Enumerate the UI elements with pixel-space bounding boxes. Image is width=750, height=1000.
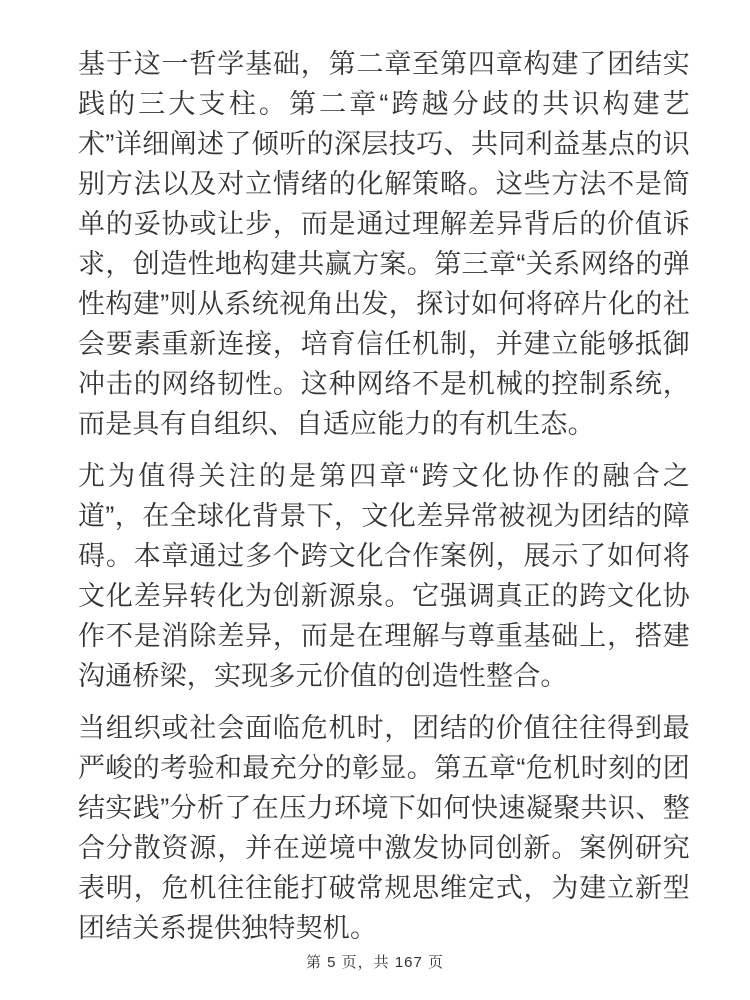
paragraph-chapter-5-crisis: 当组织或社会面临危机时，团结的价值往往得到最严峻的考验和最充分的彰显。第五章“危… bbox=[78, 708, 690, 948]
paragraph-chapter-4-cross-culture: 尤为值得关注的是第四章“跨文化协作的融合之道”，在全球化背景下，文化差异常被视为… bbox=[78, 456, 690, 696]
document-viewer-body: { "document": { "colors": { "background"… bbox=[0, 0, 750, 1000]
document-page: 基于这一哲学基础，第二章至第四章构建了团结实践的三大支柱。第二章“跨越分歧的共识… bbox=[0, 0, 750, 1000]
page-number-footer: 第 5 页，共 167 页 bbox=[0, 954, 750, 972]
paragraph-chapters-2-4: 基于这一哲学基础，第二章至第四章构建了团结实践的三大支柱。第二章“跨越分歧的共识… bbox=[78, 44, 690, 444]
page-content: 基于这一哲学基础，第二章至第四章构建了团结实践的三大支柱。第二章“跨越分歧的共识… bbox=[78, 44, 690, 948]
